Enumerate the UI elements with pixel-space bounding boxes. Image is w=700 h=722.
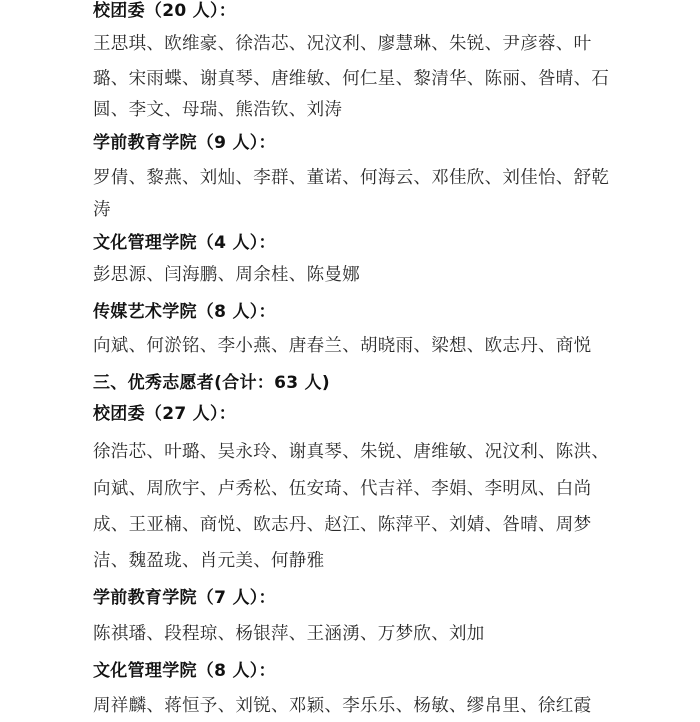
section-heading-excellent-volunteers: 三、优秀志愿者(合计：63 人) bbox=[93, 372, 330, 394]
section-heading-preschool-9: 学前教育学院（9 人）： bbox=[93, 132, 276, 154]
name-list-line: 周祥麟、蒋恒予、刘锐、邓颖、李乐乐、杨敏、缪帛里、徐红霞 bbox=[93, 695, 591, 717]
name-list-line: 王思琪、欧维豪、徐浩芯、况汶利、廖慧琳、朱锐、尹彦蓉、叶 bbox=[93, 33, 591, 55]
name-list-line: 向斌、周欣宇、卢秀松、伍安琦、代吉祥、李娟、李明凤、白尚 bbox=[93, 478, 591, 500]
section-heading-youth-league-20: 校团委（20 人）： bbox=[93, 0, 236, 22]
name-list-line: 涛 bbox=[93, 199, 111, 221]
name-list-line: 罗倩、黎燕、刘灿、李群、董诺、何海云、邓佳欣、刘佳怡、舒乾 bbox=[93, 167, 609, 189]
name-list-line: 徐浩芯、叶璐、吴永玲、谢真琴、朱锐、唐维敏、况汶利、陈洪、 bbox=[93, 441, 609, 463]
section-heading-media-arts-8: 传媒艺术学院（8 人）： bbox=[93, 301, 276, 323]
section-heading-culture-mgmt-4: 文化管理学院（4 人）： bbox=[93, 232, 276, 254]
section-heading-youth-league-27: 校团委（27 人）： bbox=[93, 403, 236, 425]
name-list-line: 成、王亚楠、商悦、欧志丹、赵江、陈萍平、刘婧、昝晴、周梦 bbox=[93, 514, 591, 536]
name-list-line: 圆、李文、母瑞、熊浩钦、刘涛 bbox=[93, 99, 342, 121]
section-heading-preschool-7: 学前教育学院（7 人）： bbox=[93, 587, 276, 609]
name-list-line: 璐、宋雨蝶、谢真琴、唐维敏、何仁星、黎清华、陈丽、昝晴、石 bbox=[93, 68, 609, 90]
name-list-line: 洁、魏盈珑、肖元美、何静雅 bbox=[93, 550, 324, 572]
section-heading-culture-mgmt-8: 文化管理学院（8 人）： bbox=[93, 660, 276, 682]
name-list-line: 彭思源、闫海鹏、周余桂、陈曼娜 bbox=[93, 264, 360, 286]
name-list-line: 陈祺璠、段程琼、杨银萍、王涵湧、万梦欣、刘加 bbox=[93, 623, 485, 645]
name-list-line: 向斌、何淤铭、李小燕、唐春兰、胡晓雨、梁想、欧志丹、商悦 bbox=[93, 335, 591, 357]
